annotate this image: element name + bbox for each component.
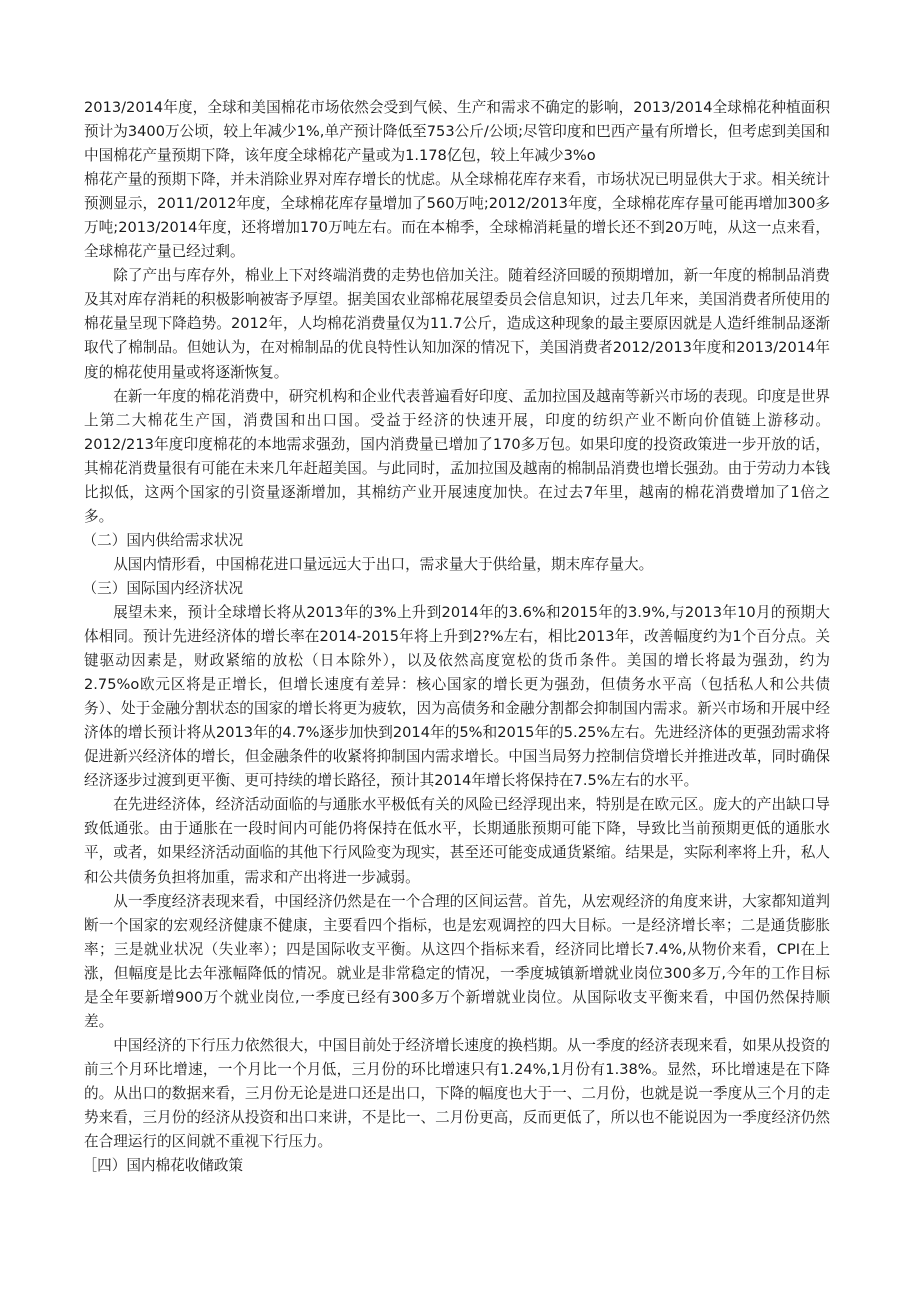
paragraph-global-cotton-output: 2013/2014年度，全球和美国棉花市场依然会受到气候、生产和需求不确定的影响… <box>84 96 830 168</box>
section-heading-economic-conditions: （三）国际国内经济状况 <box>84 577 830 601</box>
paragraph-end-consumption: 除了产出与库存外，棉业上下对终端消费的走势也倍加关注。随着经济回暖的预期增加，新… <box>84 264 830 384</box>
section-heading-domestic-supply-demand: （二）国内供给需求状况 <box>84 529 830 553</box>
paragraph-emerging-markets: 在新一年度的棉花消费中，研究机构和企业代表普遍看好印度、孟加拉国及越南等新兴市场… <box>84 385 830 529</box>
paragraph-global-growth-outlook: 展望未来，预计全球增长将从2013年的3%上升到2014年的3.6%和2015年… <box>84 601 830 793</box>
paragraph-downward-pressure: 中国经济的下行压力依然很大，中国目前处于经济增长速度的换档期。从一季度的经济表现… <box>84 1034 830 1154</box>
section-heading-cotton-reserve-policy: ［四）国内棉花收储政策 <box>84 1154 830 1178</box>
paragraph-domestic-supply: 从国内情形看，中国棉花进口量远远大于出口，需求量大于供给量，期末库存量大。 <box>84 553 830 577</box>
paragraph-inflation-risk: 在先进经济体，经济活动面临的与通胀水平极低有关的风险已经浮现出来，特别是在欧元区… <box>84 793 830 889</box>
paragraph-cotton-inventory: 棉花产量的预期下降，并未消除业界对库存增长的忧虑。从全球棉花库存来看，市场状况已… <box>84 168 830 264</box>
document-page: 2013/2014年度，全球和美国棉花市场依然会受到气候、生产和需求不确定的影响… <box>84 96 830 1178</box>
paragraph-q1-china-economy: 从一季度经济表现来看，中国经济仍然是在一个合理的区间运营。首先，从宏观经济的角度… <box>84 890 830 1034</box>
